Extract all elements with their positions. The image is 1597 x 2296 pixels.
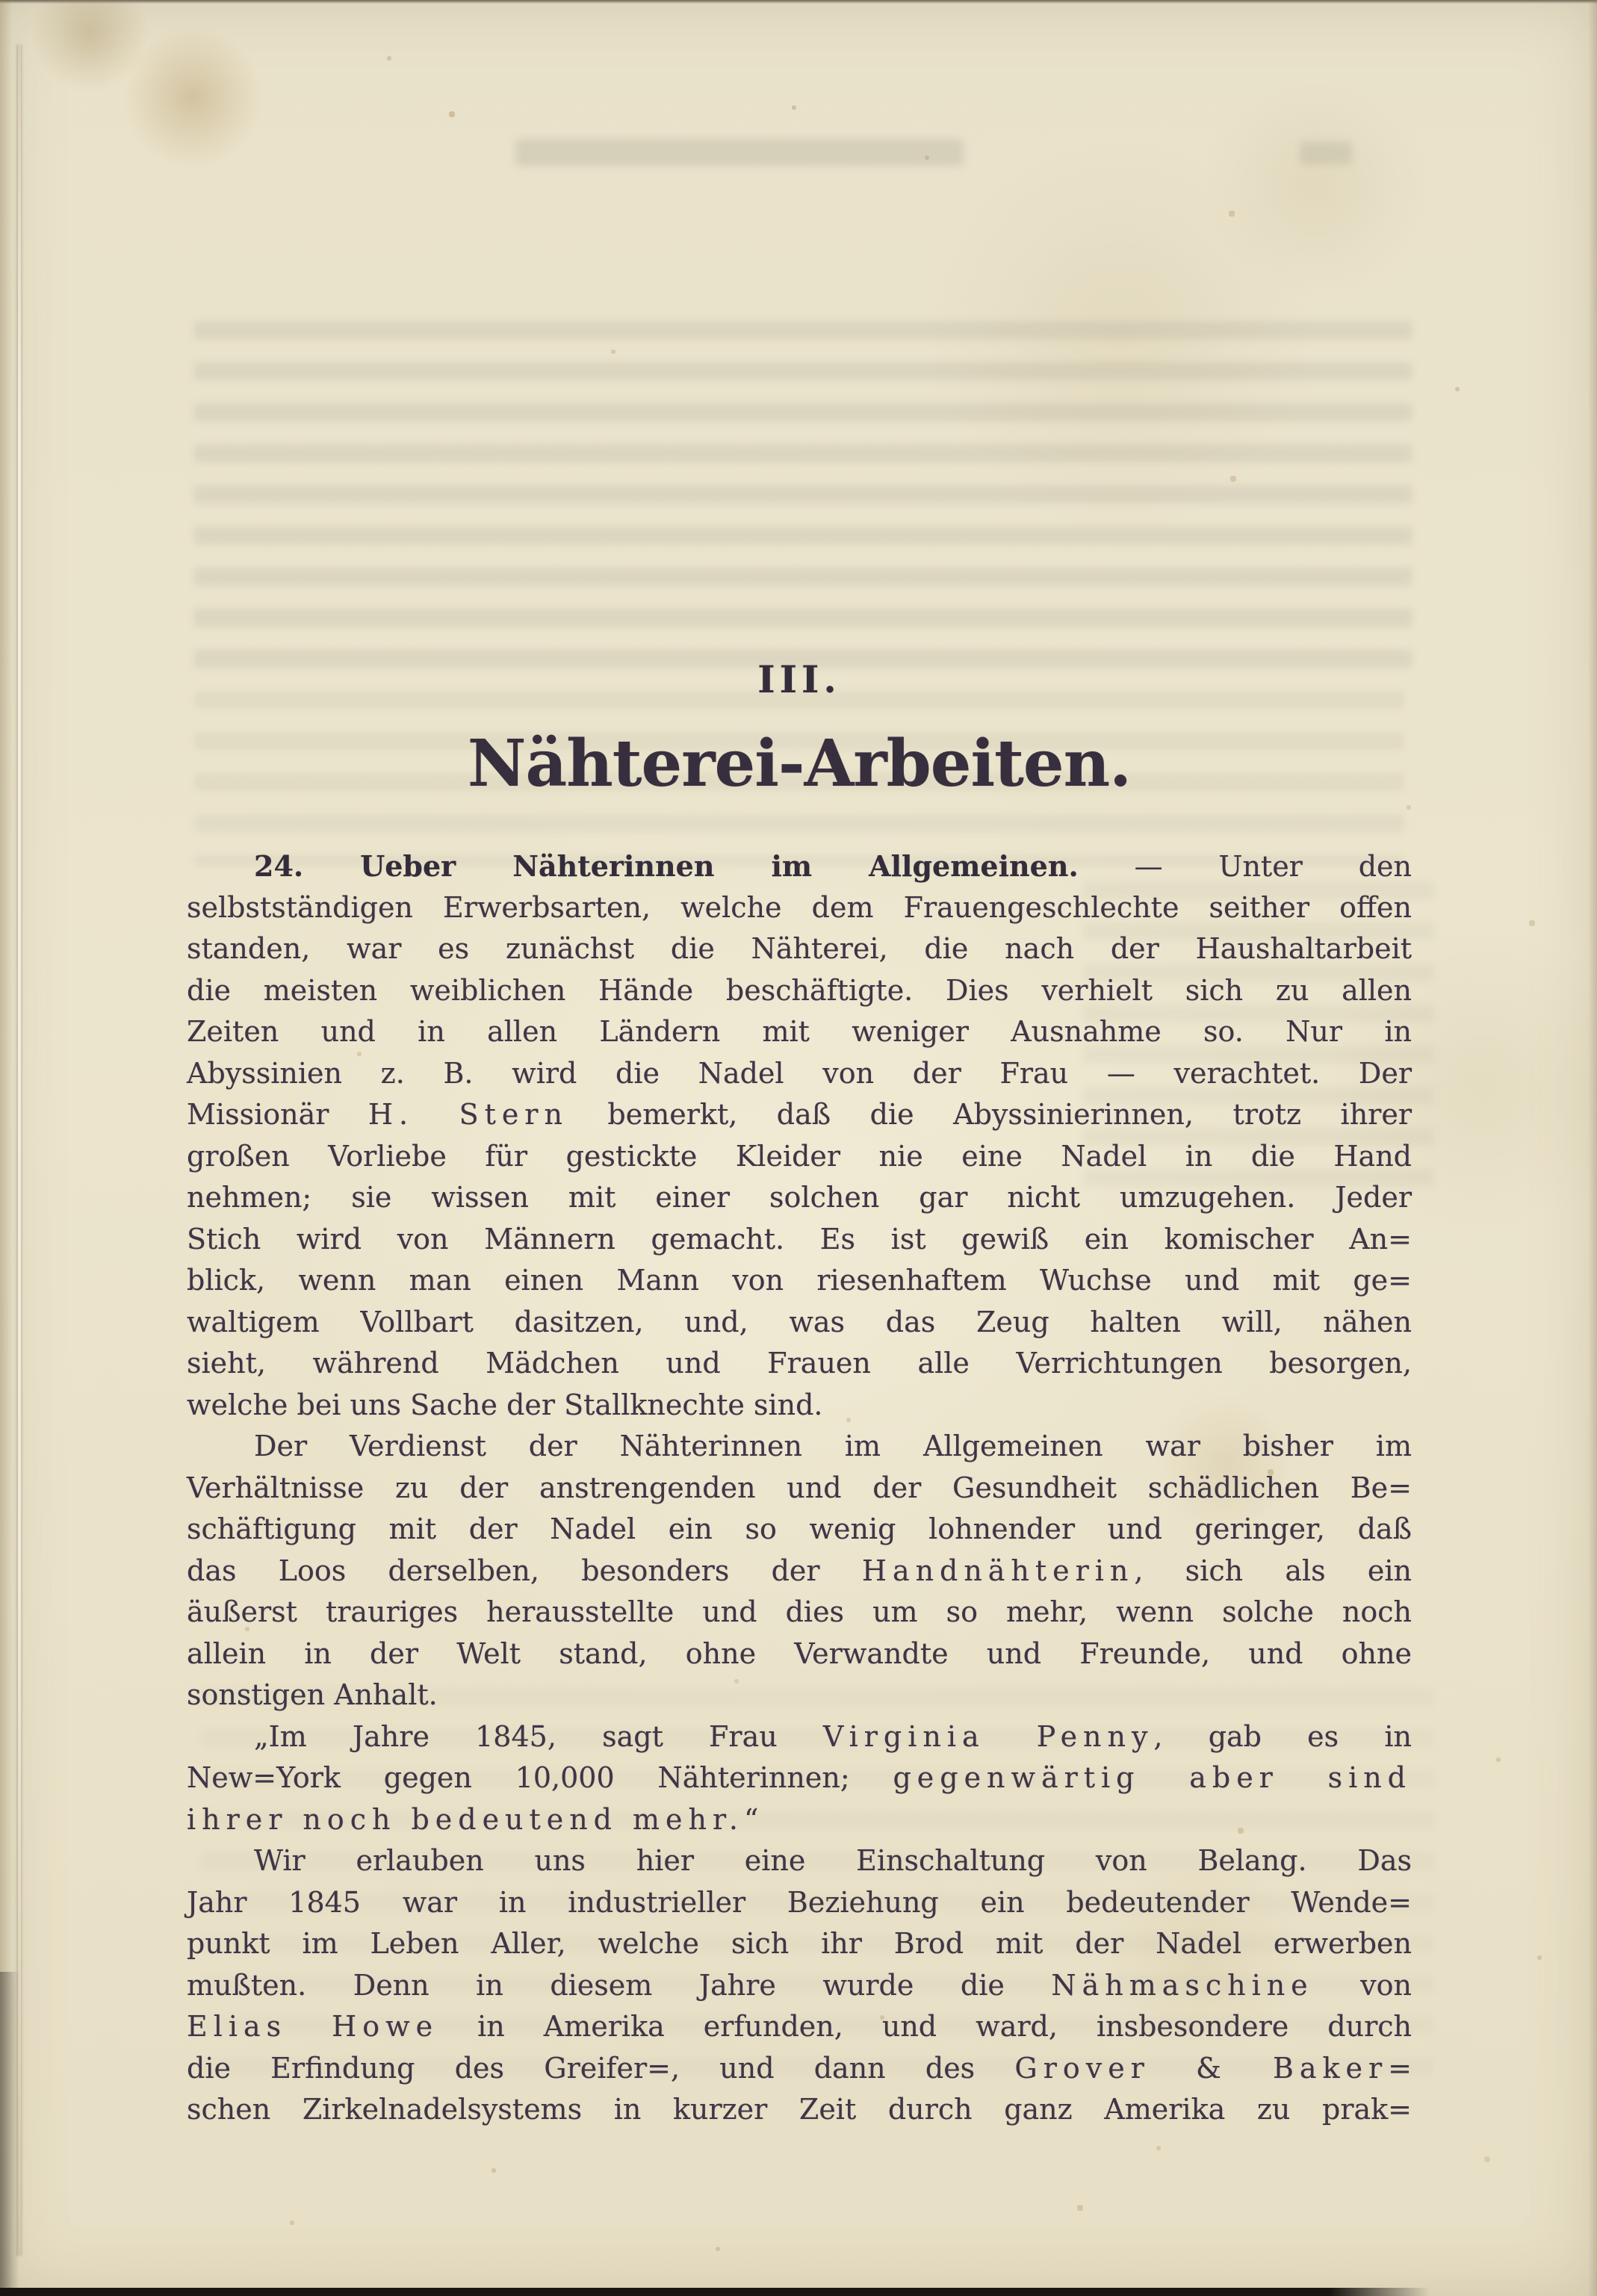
scan-edge-bottom [0,2288,1597,2296]
text-line: großen Vorliebe für gestickte Kleider ni… [187,1136,1412,1178]
text-line: äußerst trauriges herausstellte und dies… [187,1592,1412,1633]
text-line: nehmen; sie wissen mit einer solchen gar… [187,1177,1412,1219]
text-line: die meisten weiblichen Hände beschäftigt… [187,970,1412,1012]
chapter-number: III. [187,657,1412,701]
text-line: Missionär H. Stern bemerkt, daß die Abys… [187,1094,1412,1136]
text-line: mußten. Denn in diesem Jahre wurde die N… [187,1965,1412,2007]
text-line: allein in der Welt stand, ohne Verwandte… [187,1633,1412,1675]
text-line: New=York gegen 10,000 Nähterinnen; gegen… [187,1757,1412,1799]
text-line: blick, wenn man einen Mann von riesenhaf… [187,1260,1412,1302]
scan-edge-left [0,1972,19,2296]
text-line: welche bei uns Sache der Stallknechte si… [187,1385,1412,1427]
text-line: Jahr 1845 war in industrieller Beziehung… [187,1882,1412,1924]
text-line: Wir erlauben uns hier eine Einschaltung … [187,1840,1412,1882]
text-line: sonstigen Anhalt. [187,1675,1412,1716]
bleedthrough-runhead [515,139,964,166]
scanned-page: III. Nähterei-Arbeiten. 24. Ueber Nähter… [0,0,1597,2296]
text-line: sieht, während Mädchen und Frauen alle V… [187,1343,1412,1385]
text-line: Der Verdienst der Nähterinnen im Allgeme… [187,1426,1412,1468]
bleedthrough-page-number [1300,142,1352,164]
text-line: „Im Jahre 1845, sagt Frau Virginia Penny… [187,1716,1412,1758]
text-line: Verhältnisse zu der anstrengenden und de… [187,1468,1412,1510]
text-line: das Loos derselben, besonders der Handnä… [187,1551,1412,1592]
body-text: 24. Ueber Nähterinnen im Allgemeinen. — … [187,846,1412,2131]
text-line: Stich wird von Männern gemacht. Es ist g… [187,1219,1412,1261]
text-line: Zeiten und in allen Ländern mit weniger … [187,1011,1412,1053]
text-line: schäftigung mit der Nadel ein so wenig l… [187,1509,1412,1551]
text-line: Abyssinien z. B. wird die Nadel von der … [187,1053,1412,1095]
bleedthrough-text-block [194,321,1412,680]
text-line: Elias Howe in Amerika erfunden, und ward… [187,2006,1412,2048]
text-line: standen, war es zunächst die Nähterei, d… [187,928,1412,970]
text-line: ihrer noch bedeutend mehr.“ [187,1799,1412,1841]
text-line: selbstständigen Erwerbsarten, welche dem… [187,887,1412,929]
text-line: 24. Ueber Nähterinnen im Allgemeinen. — … [187,846,1412,887]
page-crease [18,45,21,2256]
foxing-specks [0,0,1,1]
text-line: punkt im Leben Aller, welche sich ihr Br… [187,1923,1412,1965]
text-line: schen Zirkelnadelsystems in kurzer Zeit … [187,2089,1412,2131]
text-line: die Erfindung des Greifer=, und dann des… [187,2048,1412,2090]
chapter-title: Nähterei-Arbeiten. [187,726,1412,801]
text-line: waltigem Vollbart dasitzen, und, was das… [187,1302,1412,1344]
